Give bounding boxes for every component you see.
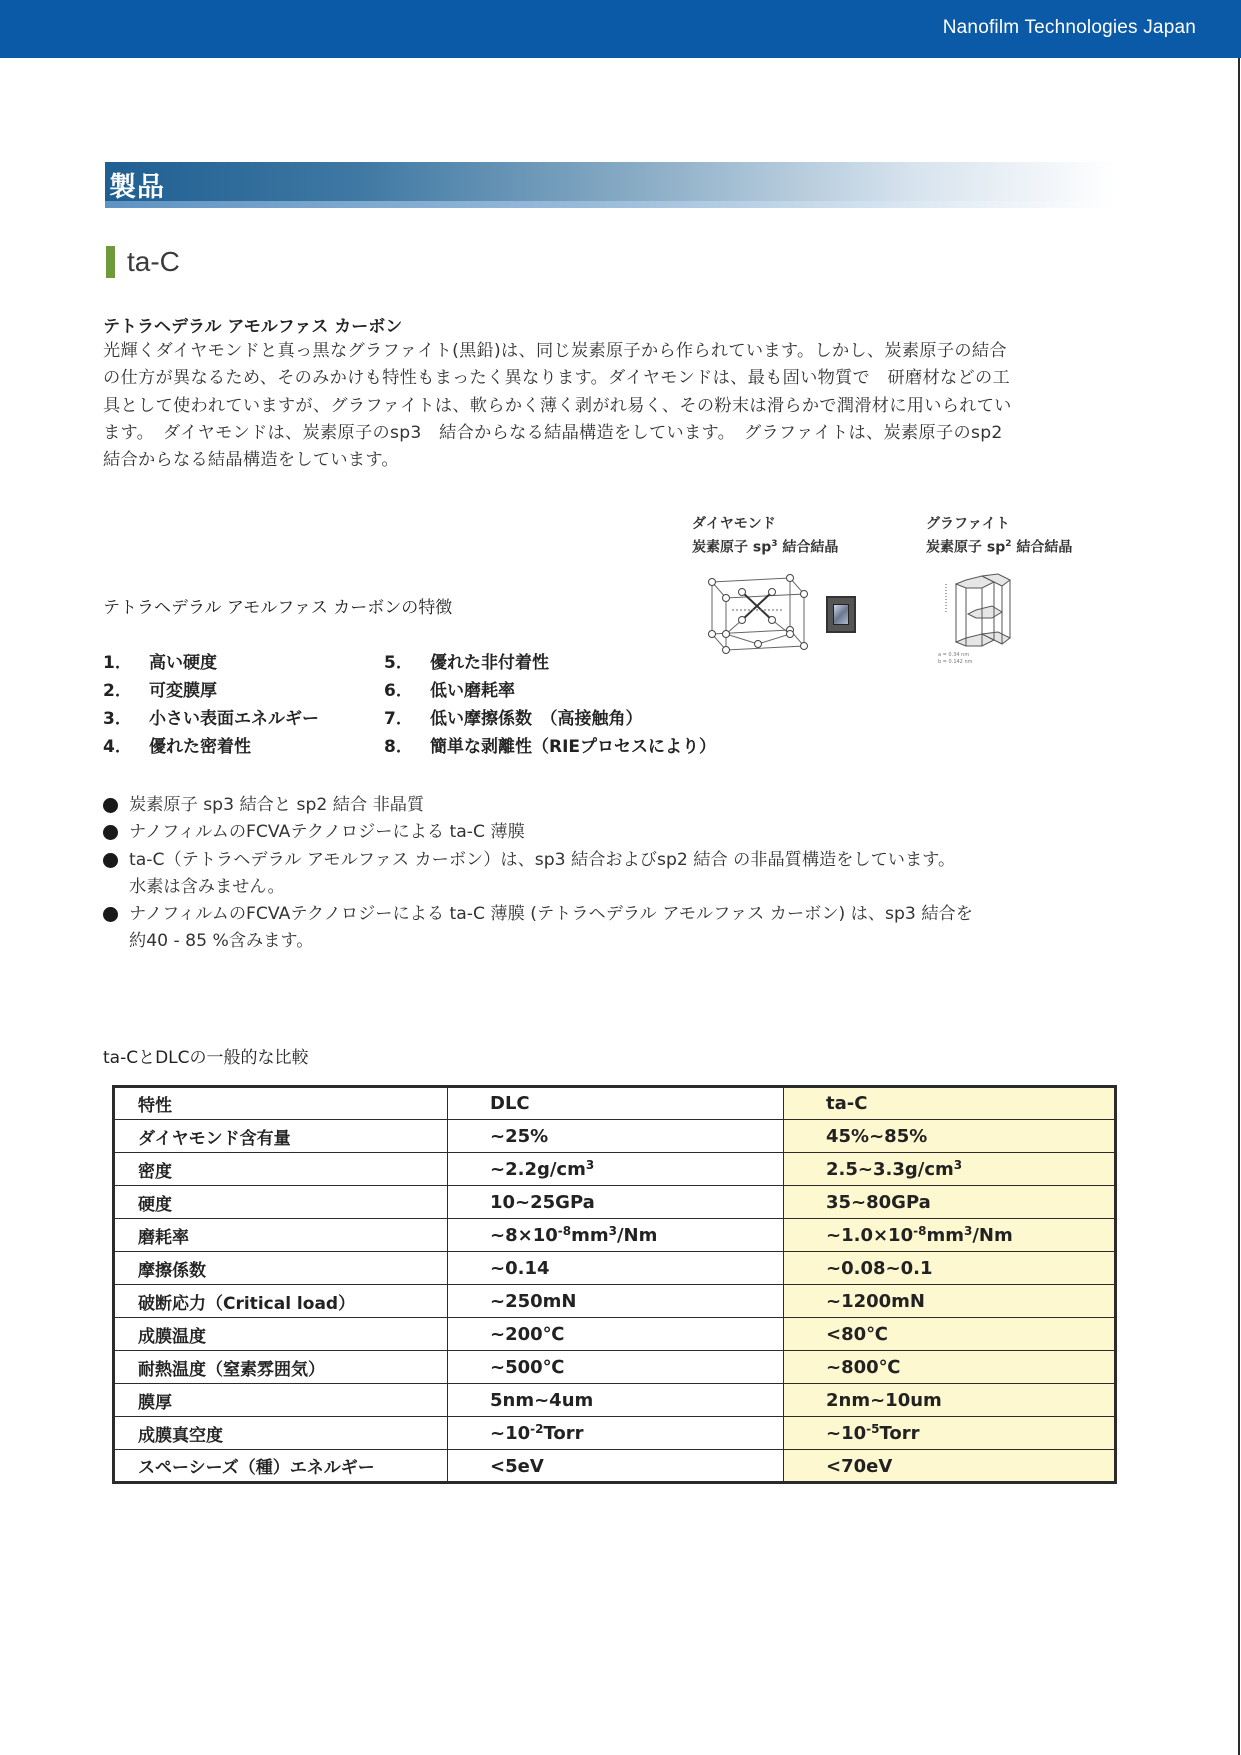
cell-value: ~1.0×10 [826,1225,913,1246]
cell-property: スペーシーズ（種）エネルギー [114,1450,448,1483]
section-banner-underline [105,201,1115,208]
bullet-text-cont: 約40 - 85 %含みます。 [129,928,1133,955]
subsection-title: ta-C [127,246,180,278]
feature-label: 優れた密着性 [149,737,251,757]
feature-label: 低い摩擦係数 （高接触角） [430,709,643,729]
cell-superscript: -8 [558,1224,571,1238]
cell-property: 密度 [114,1153,448,1186]
section-banner: 製品 [105,162,1115,208]
bullet-dot-icon [103,853,118,868]
feature-num: 2． [103,676,149,701]
graphite-subtitle: 炭素原子 sp2 結合結晶 [926,534,1072,558]
cell-dlc: ~8×10-8mm3/Nm [448,1219,784,1252]
header-dlc: DLC [448,1087,784,1120]
cell-value: ~800℃ [826,1357,900,1378]
cell-value: ~500℃ [490,1357,564,1378]
cell-tac: <70eV [784,1450,1116,1483]
feature-num: 6． [384,676,430,701]
cell-superscript: -2 [530,1422,543,1436]
feature-num: 4． [103,732,149,757]
bullet-list: 炭素原子 sp3 結合と sp2 結合 非晶質 ナノフィルムのFCVAテクノロジ… [103,792,1133,956]
cell-value-unit: Torr [879,1423,919,1444]
table-header-row: 特性 DLC ta-C [114,1087,1116,1120]
header-property: 特性 [114,1087,448,1120]
cell-property: 耐熱温度（窒素雰囲気） [114,1351,448,1384]
intro-title: テトラヘデラル アモルファス カーボン [103,312,402,337]
feature-label: 小さい表面エネルギー [149,709,319,729]
cell-dlc: ~200℃ [448,1318,784,1351]
feature-item: 2．可変膜厚 [103,676,217,701]
section-title: 製品 [109,165,165,204]
cell-value: ~10 [826,1423,866,1444]
feature-label: 優れた非付着性 [430,653,549,673]
accent-bar [106,246,115,278]
cell-value: ~200℃ [490,1324,564,1345]
cell-superscript: 3 [586,1158,594,1172]
graphite-note-b: b = 0.142 nm [938,659,973,665]
table-row: 膜厚5nm~4um2nm~10um [114,1384,1116,1417]
cell-value: ~25% [490,1126,548,1147]
diamond-subtitle-text: 炭素原子 sp [692,540,771,556]
graphite-subtitle-text: 炭素原子 sp [926,540,1005,556]
bullet-dot-icon [103,907,118,922]
graphite-lattice-diagram: a = 0.34 nm b = 0.142 nm [936,570,1036,666]
feature-num: 1． [103,648,149,673]
cell-tac: 2.5~3.3g/cm3 [784,1153,1116,1186]
cell-tac: 2nm~10um [784,1384,1116,1417]
cell-value: ~10 [490,1423,530,1444]
feature-item: 7．低い摩擦係数 （高接触角） [384,704,643,729]
cell-value: ~8×10 [490,1225,558,1246]
intro-line: 具として使われていますが、グラファイトは、軟らかく薄く剥がれ易く、その粉末は滑ら… [103,393,1123,420]
cell-dlc: <5eV [448,1450,784,1483]
feature-num: 7． [384,704,430,729]
header-tac: ta-C [784,1087,1116,1120]
diamond-lattice-diagram [702,570,814,662]
diamond-caption: ダイヤモンド 炭素原子 sp3 結合結晶 [692,514,838,558]
feature-num: 8． [384,732,430,757]
bullet-item: 炭素原子 sp3 結合と sp2 結合 非晶質 [103,792,1133,819]
comparison-title: ta-CとDLCの一般的な比較 [103,1043,309,1068]
feature-label: 簡単な剥離性（RIEプロセスにより） [430,737,716,757]
features-title: テトラヘデラル アモルファス カーボンの特徴 [103,593,452,618]
feature-item: 4．優れた密着性 [103,732,251,757]
bullet-text: 炭素原子 sp3 結合と sp2 結合 非晶質 [129,792,1133,819]
feature-num: 3． [103,704,149,729]
cell-value-unit: mm [926,1225,964,1246]
bullet-text: ta-C（テトラヘデラル アモルファス カーボン）は、sp3 結合およびsp2 … [129,847,1133,874]
cell-dlc: ~250mN [448,1285,784,1318]
cell-value: 2.5~3.3g/cm [826,1159,954,1180]
cell-value: <80℃ [826,1324,888,1345]
intro-line: 結合からなる結晶構造をしています。 [103,447,1123,474]
cell-value: 2nm~10um [826,1390,942,1411]
cell-value: ~0.08~0.1 [826,1258,932,1279]
cell-dlc: ~2.2g/cm3 [448,1153,784,1186]
cell-value-unit: Torr [543,1423,583,1444]
table-row: ダイヤモンド含有量~25%45%~85% [114,1120,1116,1153]
cell-property: 破断応力（Critical load） [114,1285,448,1318]
cell-superscript: -8 [913,1224,926,1238]
cell-dlc: ~500℃ [448,1351,784,1384]
table-row: スペーシーズ（種）エネルギー<5eV<70eV [114,1450,1116,1483]
feature-item: 1．高い硬度 [103,648,217,673]
cell-value-unit: /Nm [617,1225,657,1246]
cell-dlc: ~25% [448,1120,784,1153]
cell-value: ~2.2g/cm [490,1159,586,1180]
cell-tac: ~800℃ [784,1351,1116,1384]
cell-property: 成膜真空度 [114,1417,448,1450]
bullet-text-cont: 水素は含みません。 [129,874,1133,901]
brand-name: Nanofilm Technologies Japan [943,17,1196,39]
cell-tac: <80℃ [784,1318,1116,1351]
cell-dlc: ~0.14 [448,1252,784,1285]
diamond-title: ダイヤモンド [692,514,838,534]
cell-property: 硬度 [114,1186,448,1219]
cell-dlc: 5nm~4um [448,1384,784,1417]
cell-value-unit: mm [571,1225,609,1246]
diamond-subtitle-text-end: 結合結晶 [778,540,839,556]
graphite-subtitle-text-end: 結合結晶 [1012,540,1073,556]
feature-label: 低い磨耗率 [430,681,515,701]
cell-dlc: ~10-2Torr [448,1417,784,1450]
cell-value: 35~80GPa [826,1192,931,1213]
intro-line: の仕方が異なるため、そのみかけも特性もまったく異なります。ダイヤモンドは、最も固… [103,365,1123,392]
feature-item: 8．簡単な剥離性（RIEプロセスにより） [384,732,716,757]
cell-value: <70eV [826,1456,892,1477]
intro-line: 光輝くダイヤモンドと真っ黒なグラファイト(黒鉛)は、同じ炭素原子から作られていま… [103,338,1123,365]
cell-property: 膜厚 [114,1384,448,1417]
table-row: 耐熱温度（窒素雰囲気）~500℃~800℃ [114,1351,1116,1384]
cell-tac: ~1.0×10-8mm3/Nm [784,1219,1116,1252]
table-row: 成膜真空度~10-2Torr~10-5Torr [114,1417,1116,1450]
bullet-dot-icon [103,798,118,813]
table-row: 硬度10~25GPa35~80GPa [114,1186,1116,1219]
cell-superscript: -5 [866,1422,879,1436]
bullet-item: ナノフィルムのFCVAテクノロジーによる ta-C 薄膜 [103,819,1133,846]
feature-item: 3．小さい表面エネルギー [103,704,319,729]
cell-value-unit: /Nm [972,1225,1012,1246]
feature-label: 可変膜厚 [149,681,217,701]
cell-value: ~250mN [490,1291,576,1312]
table-row: 成膜温度~200℃<80℃ [114,1318,1116,1351]
intro-paragraph: 光輝くダイヤモンドと真っ黒なグラファイト(黒鉛)は、同じ炭素原子から作られていま… [103,338,1123,474]
feature-item: 5．優れた非付着性 [384,648,549,673]
intro-line: ます。 ダイヤモンドは、炭素原子のsp3 結合からなる結晶構造をしています。 グ… [103,420,1123,447]
cell-property: 磨耗率 [114,1219,448,1252]
header-bar: Nanofilm Technologies Japan [0,0,1241,58]
table-row: 破断応力（Critical load）~250mN~1200mN [114,1285,1116,1318]
feature-label: 高い硬度 [149,653,217,673]
graphite-note-a: a = 0.34 nm [938,652,969,658]
cell-tac: 35~80GPa [784,1186,1116,1219]
bullet-text: ナノフィルムのFCVAテクノロジーによる ta-C 薄膜 [129,819,1133,846]
cell-value: ~1200mN [826,1291,925,1312]
cell-tac: ~0.08~0.1 [784,1252,1116,1285]
page-edge-rule [1238,58,1240,1755]
cell-dlc: 10~25GPa [448,1186,784,1219]
cell-value: 45%~85% [826,1126,927,1147]
cell-superscript: 3 [954,1158,962,1172]
diamond-subtitle: 炭素原子 sp3 結合結晶 [692,534,838,558]
graphite-caption: グラファイト 炭素原子 sp2 結合結晶 [926,514,1072,558]
cell-superscript: 3 [609,1224,617,1238]
cell-value: 10~25GPa [490,1192,595,1213]
bullet-item: ナノフィルムのFCVAテクノロジーによる ta-C 薄膜 (テトラヘデラル アモ… [103,901,1133,956]
cell-property: 摩擦係数 [114,1252,448,1285]
cell-tac: ~10-5Torr [784,1417,1116,1450]
subsection-heading: ta-C [106,246,180,278]
feature-item: 6．低い磨耗率 [384,676,515,701]
cell-tac: ~1200mN [784,1285,1116,1318]
bullet-text: ナノフィルムのFCVAテクノロジーによる ta-C 薄膜 (テトラヘデラル アモ… [129,901,1133,928]
feature-num: 5． [384,648,430,673]
cell-property: 成膜温度 [114,1318,448,1351]
diamond-gem-photo [826,596,856,633]
table-row: 密度~2.2g/cm32.5~3.3g/cm3 [114,1153,1116,1186]
bullet-item: ta-C（テトラヘデラル アモルファス カーボン）は、sp3 結合およびsp2 … [103,847,1133,902]
cell-tac: 45%~85% [784,1120,1116,1153]
table-row: 摩擦係数~0.14~0.08~0.1 [114,1252,1116,1285]
cell-value: <5eV [490,1456,544,1477]
comparison-table: 特性 DLC ta-C ダイヤモンド含有量~25%45%~85%密度~2.2g/… [112,1085,1117,1484]
cell-value: 5nm~4um [490,1390,593,1411]
table-row: 磨耗率~8×10-8mm3/Nm~1.0×10-8mm3/Nm [114,1219,1116,1252]
bullet-dot-icon [103,825,118,840]
cell-value: ~0.14 [490,1258,550,1279]
graphite-title: グラファイト [926,514,1072,534]
cell-property: ダイヤモンド含有量 [114,1120,448,1153]
